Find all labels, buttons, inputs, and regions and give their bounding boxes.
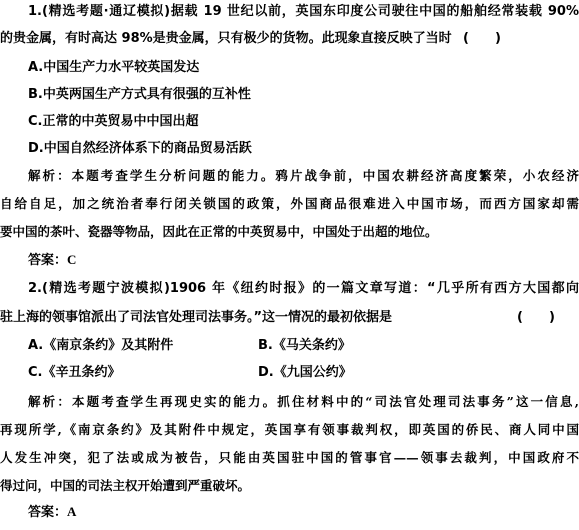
- question-2-stem-line1: 2.(精选考题宁波模拟)1906 年《纽约时报》的一篇文章写道：“几乎所有西方大…: [28, 280, 579, 298]
- question-stem-text: 1906 年《纽约时报》的一篇文章写道：“几乎所有西方大国都向: [170, 281, 579, 296]
- option-d: D.《九国公约》: [258, 364, 352, 382]
- answer-value: C: [67, 252, 76, 267]
- option-b: B.中英两国生产方式具有很强的互补性: [28, 86, 251, 104]
- answer-label: 答案：: [28, 505, 67, 520]
- analysis-label: 解析：: [28, 394, 72, 409]
- option-b: B.《马关条约》: [258, 337, 351, 355]
- answer-line: 答案：A: [28, 503, 76, 522]
- question-source: (精选考题·通辽模拟): [42, 4, 170, 19]
- analysis-line3: 人发生冲突，犯了法或成为被告，只能由英国驻中国的管事官——领事去裁判，中国政府不: [0, 449, 579, 467]
- option-a: A.中国生产力水平较英国发达: [28, 59, 199, 77]
- analysis-line2: 再现所学,《南京条约》及其附件中规定，英国享有领事裁判权，即英国的侨民、商人同中…: [0, 421, 579, 439]
- analysis-line4: 得过问，中国的司法主权开始遭到严重破坏。: [0, 477, 250, 495]
- question-number: 1.: [28, 4, 42, 19]
- question-source: (精选考题宁波模拟): [42, 281, 170, 296]
- question-1-stem-line1: 1.(精选考题·通辽模拟)据载 19 世纪以前，英国东印度公司驶往中国的船舶经常…: [28, 3, 579, 21]
- analysis-line2: 自给自足，加之统治者奉行闭关锁国的政策，外国商品很难进入中国市场，而西方国家却需: [0, 195, 579, 213]
- question-number: 2.: [28, 281, 42, 296]
- question-2-stem-line2: 驻上海的领事馆派出了司法官处理司法事务。”这一情况的最初依据是: [0, 309, 392, 327]
- option-d: D.中国自然经济体系下的商品贸易活跃: [28, 140, 252, 158]
- answer-blank: ( ): [517, 309, 555, 327]
- option-c: C.正常的中英贸易中中国出超: [28, 113, 199, 131]
- option-a: A.《南京条约》及其附件: [28, 337, 173, 355]
- analysis-label: 解析：: [28, 168, 72, 183]
- analysis-line3: 要中国的茶叶、瓷器等物品，因此在正常的中英贸易中，中国处于出超的地位。: [0, 223, 438, 241]
- answer-line: 答案：C: [28, 251, 76, 270]
- answer-blank: ( ): [463, 30, 501, 48]
- question-stem-text: 据载 19 世纪以前，英国东印度公司驶往中国的船舶经常装载 90%: [170, 4, 579, 19]
- analysis-line1: 解析：本题考查学生分析问题的能力。鸦片战争前，中国农耕经济高度繁荣，小农经济: [28, 167, 579, 185]
- option-c: C.《辛丑条约》: [28, 364, 121, 382]
- analysis-line1: 解析：本题考查学生再现史实的能力。抓住材料中的“司法官处理司法事务”这一信息,: [28, 393, 579, 411]
- question-1-stem-line2: 的贵金属，有时高达 98%是贵金属，只有极少的货物。此现象直接反映了当时: [0, 30, 452, 48]
- answer-label: 答案：: [28, 253, 67, 268]
- answer-value: A: [67, 504, 76, 519]
